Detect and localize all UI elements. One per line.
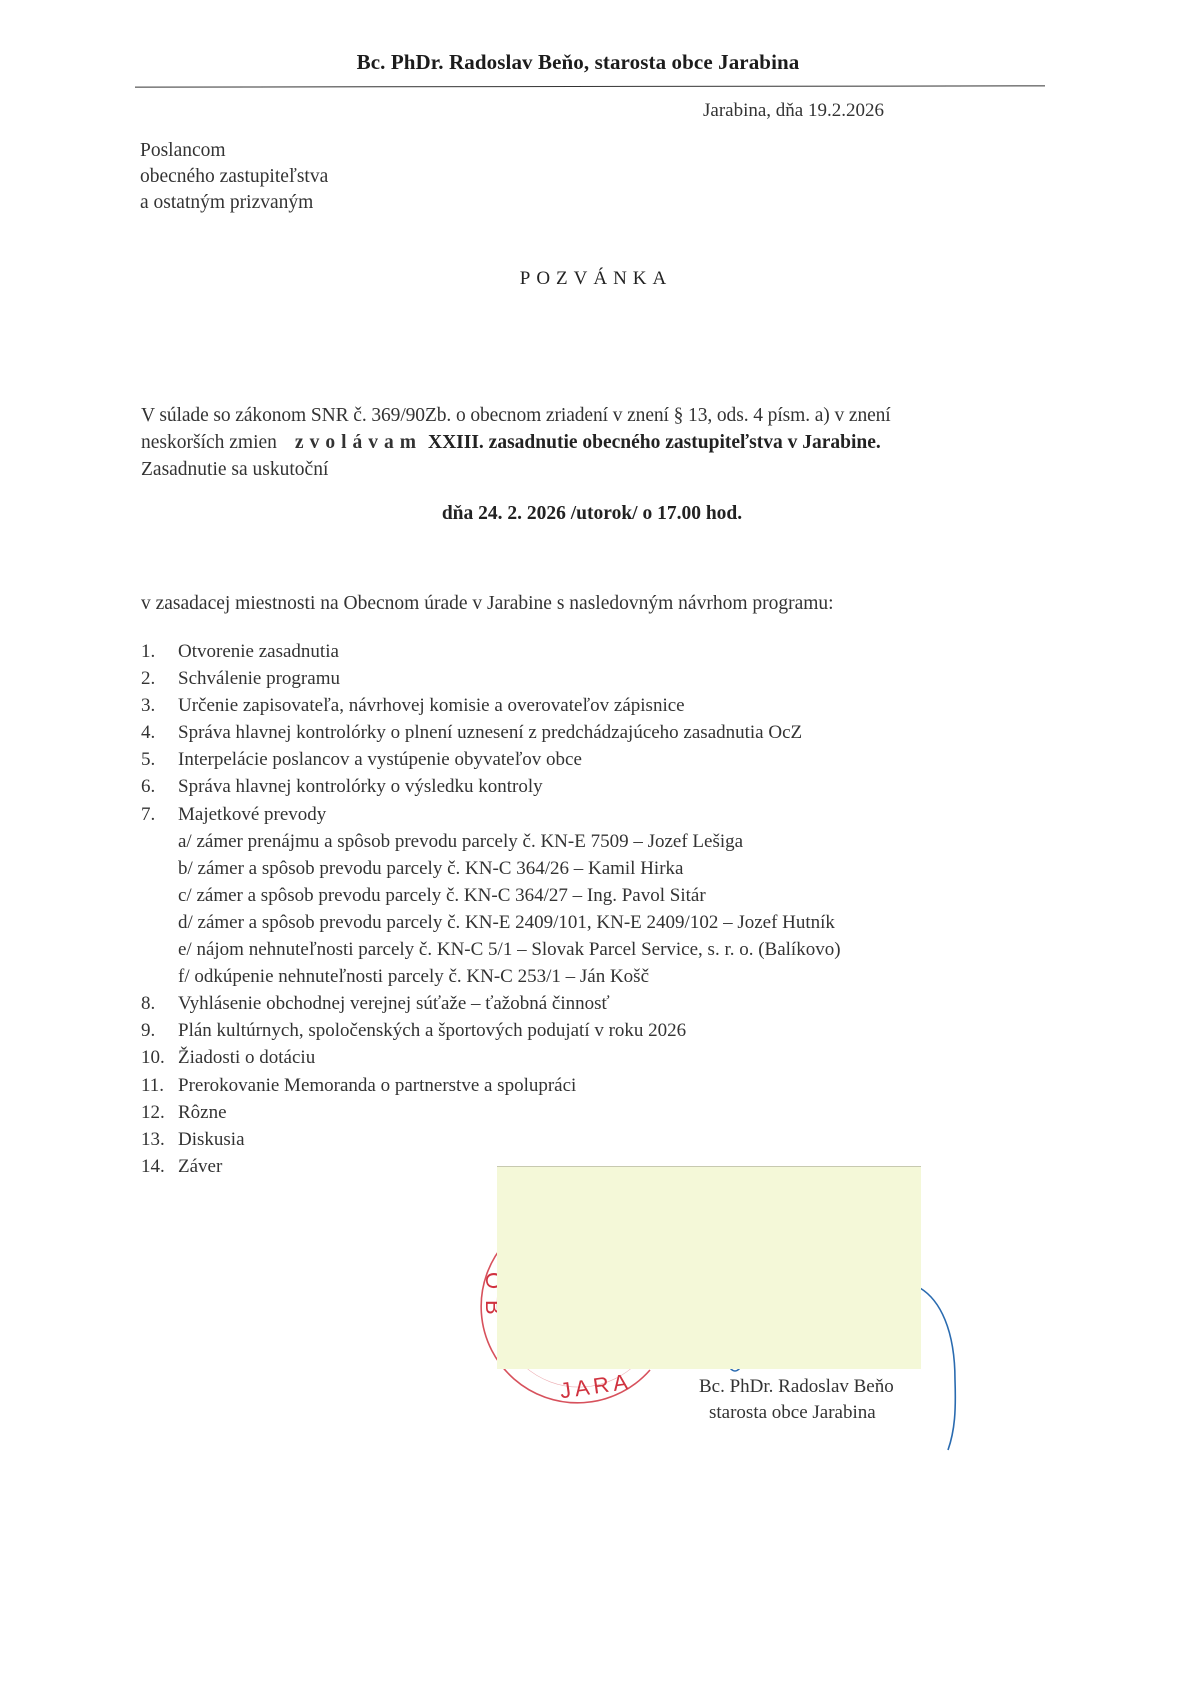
agenda-subitem: f/ odkúpenie nehnuteľnosti parcely č. KN… — [141, 963, 841, 990]
venue-text: v zasadacej miestnosti na Obecnom úrade … — [141, 593, 834, 615]
agenda-item: 2.Schválenie programu — [141, 665, 841, 692]
agenda-item: 13.Diskusia — [141, 1126, 841, 1153]
agenda-subitem: b/ zámer a spôsob prevodu parcely č. KN-… — [141, 855, 841, 882]
agenda-item: 4.Správa hlavnej kontrolórky o plnení uz… — [141, 719, 841, 746]
agenda-item-text: d/ zámer a spôsob prevodu parcely č. KN-… — [178, 909, 835, 936]
agenda-item-text: c/ zámer a spôsob prevodu parcely č. KN-… — [178, 882, 706, 909]
agenda-item: 8.Vyhlásenie obchodnej verejnej súťaže –… — [141, 990, 841, 1017]
agenda-item-number: 5. — [141, 746, 178, 773]
agenda-item: 7.Majetkové prevody — [141, 801, 841, 828]
agenda-subitem: a/ zámer prenájmu a spôsob prevodu parce… — [141, 828, 841, 855]
session-name: XXIII. zasadnutie obecného zastupiteľstv… — [428, 432, 881, 453]
agenda-item-text: Interpelácie poslancov a vystúpenie obyv… — [178, 746, 582, 773]
agenda-subitem: d/ zámer a spôsob prevodu parcely č. KN-… — [141, 909, 841, 936]
agenda-item-text: Správa hlavnej kontrolórky o plnení uzne… — [178, 719, 802, 746]
agenda-item-text: Určenie zapisovateľa, návrhovej komisie … — [178, 692, 685, 719]
agenda-item-number: 6. — [141, 773, 178, 800]
signatory-title: starosta obce Jarabina — [709, 1402, 876, 1424]
agenda-item-text: Majetkové prevody — [178, 801, 326, 828]
agenda-item-text: Záver — [178, 1153, 222, 1180]
agenda-list: 1.Otvorenie zasadnutia2.Schválenie progr… — [141, 638, 841, 1180]
agenda-item: 3.Určenie zapisovateľa, návrhovej komisi… — [141, 692, 841, 719]
convene-verb: zvolávam — [295, 432, 422, 453]
agenda-item: 9.Plán kultúrnych, spoločenských a šport… — [141, 1017, 841, 1044]
agenda-item-number: 7. — [141, 801, 178, 828]
agenda-item-number: 1. — [141, 638, 178, 665]
agenda-item-number: 8. — [141, 990, 178, 1017]
agenda-item: 6.Správa hlavnej kontrolórky o výsledku … — [141, 773, 841, 800]
agenda-item-text: e/ nájom nehnuteľnosti parcely č. KN-C 5… — [178, 936, 841, 963]
place-and-date: Jarabina, dňa 19.2.2026 — [703, 100, 884, 122]
document-title-text: POZVÁNKA — [520, 268, 673, 290]
agenda-item-text: Žiadosti o dotáciu — [178, 1044, 315, 1071]
recipient-block: Poslancom obecného zastupiteľstva a osta… — [140, 138, 328, 216]
recipient-line: obecného zastupiteľstva — [140, 164, 328, 190]
recipient-line: Poslancom — [140, 138, 328, 164]
agenda-item-text: Otvorenie zasadnutia — [178, 638, 339, 665]
agenda-item-number: 4. — [141, 719, 178, 746]
agenda-item-number: 11. — [141, 1072, 178, 1099]
meeting-datetime: dňa 24. 2. 2026 /utorok/ o 17.00 hod. — [0, 503, 1192, 525]
header-divider — [135, 85, 1045, 87]
agenda-item: 10.Žiadosti o dotáciu — [141, 1044, 841, 1071]
intro-text: neskorších zmien — [141, 432, 277, 453]
signatory-name: Bc. PhDr. Radoslav Beňo — [699, 1376, 894, 1398]
agenda-item-text: Schválenie programu — [178, 665, 340, 692]
agenda-item-number: 10. — [141, 1044, 178, 1071]
letterhead: Bc. PhDr. Radoslav Beňo, starosta obce J… — [0, 50, 1192, 75]
letterhead-text: Bc. PhDr. Radoslav Beňo, starosta obce J… — [357, 50, 800, 75]
meeting-datetime-text: dňa 24. 2. 2026 /utorok/ o 17.00 hod. — [442, 503, 742, 525]
stamp-text: JARA — [558, 1369, 633, 1404]
agenda-item: 11.Prerokovanie Memoranda o partnerstve … — [141, 1072, 841, 1099]
agenda-item-number: 9. — [141, 1017, 178, 1044]
agenda-item-text: Prerokovanie Memoranda o partnerstve a s… — [178, 1072, 576, 1099]
agenda-item-number: 3. — [141, 692, 178, 719]
intro-paragraph: V súlade so zákonom SNR č. 369/90Zb. o o… — [141, 402, 1061, 483]
agenda-item: 1.Otvorenie zasadnutia — [141, 638, 841, 665]
agenda-item-number: 12. — [141, 1099, 178, 1126]
agenda-item-text: Diskusia — [178, 1126, 245, 1153]
recipient-line: a ostatným prizvaným — [140, 190, 328, 216]
intro-line: Zasadnutie sa uskutoční — [141, 456, 1061, 483]
agenda-item-text: Plán kultúrnych, spoločenských a športov… — [178, 1017, 686, 1044]
agenda-item-text: Správa hlavnej kontrolórky o výsledku ko… — [178, 773, 543, 800]
agenda-item-number: 2. — [141, 665, 178, 692]
agenda-item-text: Rôzne — [178, 1099, 227, 1126]
agenda-item-number: 13. — [141, 1126, 178, 1153]
agenda-item: 5.Interpelácie poslancov a vystúpenie ob… — [141, 746, 841, 773]
agenda-subitem: c/ zámer a spôsob prevodu parcely č. KN-… — [141, 882, 841, 909]
agenda-item-text: b/ zámer a spôsob prevodu parcely č. KN-… — [178, 855, 683, 882]
document-title: POZVÁNKA — [0, 268, 1192, 290]
agenda-item-number: 14. — [141, 1153, 178, 1180]
agenda-item-text: Vyhlásenie obchodnej verejnej súťaže – ť… — [178, 990, 610, 1017]
agenda-item-text: f/ odkúpenie nehnuteľnosti parcely č. KN… — [178, 963, 649, 990]
intro-line: neskorších zmienzvolávamXXIII. zasadnuti… — [141, 429, 1061, 456]
agenda-item: 12.Rôzne — [141, 1099, 841, 1126]
redaction-sticky-note — [497, 1167, 921, 1369]
agenda-subitem: e/ nájom nehnuteľnosti parcely č. KN-C 5… — [141, 936, 841, 963]
agenda-item-text: a/ zámer prenájmu a spôsob prevodu parce… — [178, 828, 743, 855]
intro-line: V súlade so zákonom SNR č. 369/90Zb. o o… — [141, 402, 1061, 429]
